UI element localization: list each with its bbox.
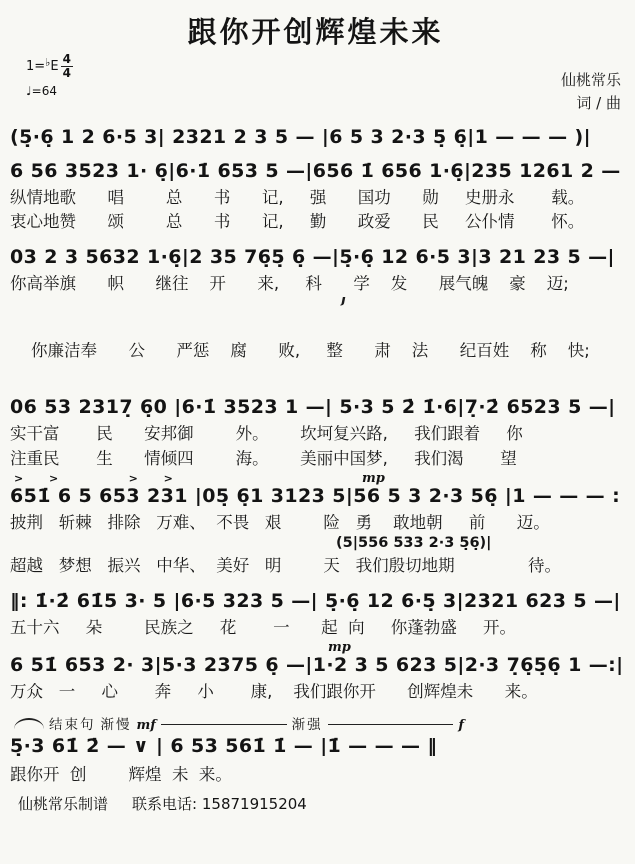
credit-name: 仙桃常乐: [561, 69, 621, 92]
time-signature-denominator: 4: [63, 67, 71, 80]
lyric-line-2a: 你高举旗 帜 继往 开 来, 科 学 发 展气魄 豪 迈;: [10, 273, 621, 294]
lyric-line-4a: 披荆 斩棘 排除 万难、 不畏 艰 险 勇 敢地朝 前 迈。: [10, 512, 621, 533]
dynamic-mp-marking-1: mp: [362, 471, 385, 486]
lyric-line-5: 五十六 朵 民族之 花 一 起 向 你蓬勃盛 开。: [10, 617, 621, 638]
credit-role: 词 / 曲: [561, 92, 621, 115]
tempo-marking: ♩=64: [26, 84, 73, 98]
lyric-line-2b: 你廉洁奉 公 严惩 腐 败, 整 肃 法 纪百姓 称 快;: [31, 341, 590, 360]
accent-marks: > > > >: [14, 472, 184, 485]
key-signature: 1=♭E 4 4: [26, 53, 73, 79]
crescendo-label: 渐强: [292, 713, 323, 733]
song-title: 跟你开创辉煌未来: [10, 10, 621, 51]
lyric-line-final: 跟你开 创 辉煌 未 来。: [10, 764, 621, 785]
lyric-line-6: 万众 一 心 奔 小 康, 我们跟你开 创辉煌未 来。: [10, 681, 621, 702]
music-line-4: 06 53 2317̣ 6̣0 |6·1̇ 3523 1 —| 5·3 5 2̇…: [10, 398, 621, 417]
lyric-line-1b: 衷心地赞 颂 总 书 记, 勤 政爱 民 公仆情 怀。: [10, 211, 621, 232]
extension-line-2: [328, 724, 454, 725]
publisher-credit: 仙桃常乐制谱: [18, 793, 108, 814]
sheet-music-page: 跟你开创辉煌未来 1=♭E 4 4 ♩=64 仙桃常乐 词 / 曲 (5̣·6̣…: [0, 0, 635, 814]
dynamic-mf-marking: mf: [137, 718, 156, 733]
music-line-7-row: mp 6 51̇ 653 2· 3|5·3 2375 6̣ —|1·2 3 5 …: [10, 641, 621, 675]
ritardando-label: 渐慢: [101, 713, 132, 733]
time-signature: 4 4: [61, 53, 73, 79]
music-line-2: 6 56 3523 1· 6̣|6·1̇ 653 5 —|656 1̇ 656 …: [10, 162, 621, 181]
music-line-6: ‖: 1̇·2̇ 61̇5 3· 5 |6·5 323 5 —| 5̣·6̣ 1…: [10, 592, 621, 611]
music-line-8: 5̣·3 61̇ 2̇ — ∨ | 6 53 561̇ 1̇ — |1̇ — —…: [10, 737, 621, 756]
contact-block: 联系电话: 15871915204: [132, 793, 307, 814]
key-letter: E: [50, 59, 58, 74]
score-meta: 1=♭E 4 4 ♩=64 仙桃常乐 词 / 曲: [10, 53, 621, 113]
lyric-line-4b: 超越 梦想 振兴 中华、 美好 明 天 我们殷切地期 待。: [10, 555, 621, 576]
time-signature-numerator: 4: [61, 53, 73, 67]
slur-arc-icon: [14, 718, 44, 729]
inline-grace-notes: (5|556 533 2·3 5̣6̣)|: [336, 536, 621, 552]
music-line-3: 03 2 3 5632 1·6̣|2 35 76̣5̣ 6̣ —|5̣·6̣ 1…: [10, 248, 621, 267]
lyric-line-2b-row: f 你廉洁奉 公 严惩 腐 败, 整 肃 法 纪百姓 称 快;: [10, 297, 621, 383]
music-line-5: 651̇ 6 5 653 231 |05̣ 6̣1 3123 5|56 5 3 …: [10, 487, 621, 506]
music-line-5-row: > > > > mp 651̇ 6 5 653 231 |05̣ 6̣1 312…: [10, 472, 621, 506]
lyric-line-3a: 实干富 民 安邦御 外。 坎坷复兴路, 我们跟着 你: [10, 423, 621, 444]
contact-label: 联系电话:: [132, 795, 197, 813]
lyric-line-3b: 注重民 生 情倾四 海。 美丽中国梦, 我们渴 望: [10, 448, 621, 469]
flat-icon: ♭: [45, 56, 50, 69]
music-line-1: (5̣·6̣ 1 2 6·5 3| 2321 2 3 5 — |6 5 3 2·…: [10, 128, 621, 147]
lyric-line-1a: 纵情地歌 唱 总 书 记, 强 国功 勋 史册永 载。: [10, 187, 621, 208]
footer-row: 仙桃常乐制谱 联系电话: 15871915204: [10, 793, 621, 814]
dynamic-f-final-marking: f: [458, 718, 464, 733]
ending-section-label: 结束句: [49, 713, 96, 733]
key-prefix: 1=: [26, 59, 45, 74]
credit-block: 仙桃常乐 词 / 曲: [561, 53, 621, 116]
key-tempo-block: 1=♭E 4 4 ♩=64: [10, 53, 73, 98]
tempo-value: =64: [32, 84, 57, 98]
extension-line: [161, 724, 287, 725]
music-line-7: 6 51̇ 653 2· 3|5·3 2375 6̣ —|1·2 3 5 623…: [10, 656, 621, 675]
ending-annotation-row: 结束句 渐慢 mf 渐强 f: [14, 713, 464, 733]
contact-phone: 15871915204: [202, 795, 307, 813]
dynamic-mp-marking-2: mp: [328, 640, 351, 655]
dynamic-f-marking: f: [341, 297, 347, 308]
